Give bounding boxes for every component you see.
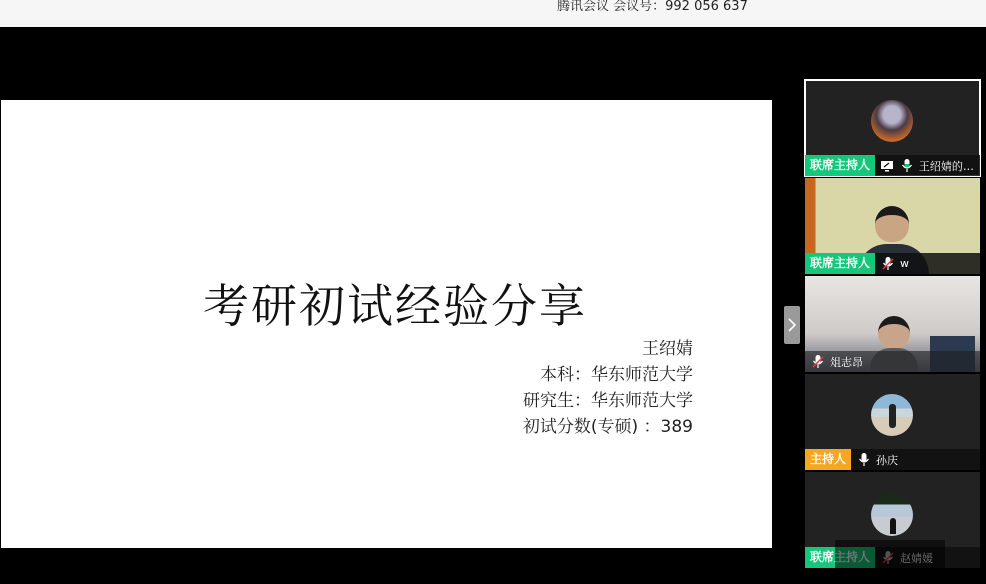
presenter-name: 王绍婧 (523, 336, 693, 362)
participant-name: w (900, 257, 909, 270)
avatar (871, 494, 913, 536)
slide-title: 考研初试经验分享 (203, 270, 587, 336)
participant-name: 俎志昂 (830, 354, 863, 370)
undergrad-line: 本科：华东师范大学 (523, 362, 693, 388)
collapse-panel-button[interactable] (784, 306, 800, 344)
screen-share-icon (880, 158, 895, 174)
role-badge: 联席主持人 (805, 155, 875, 176)
title-bar: 腾讯会议 会议号：992 056 637 (0, 0, 986, 27)
participant-tile[interactable]: 联席主持人 赵婧媛 (805, 472, 980, 568)
participant-name: 王绍婧的屏... (919, 158, 980, 174)
participant-tile[interactable]: 联席主持人 w (805, 178, 980, 274)
participant-tile[interactable]: 联席主持人 王绍婧的屏... (805, 80, 980, 176)
participant-tile[interactable]: 主持人 孙庆 (805, 374, 980, 470)
role-badge: 联席主持人 (805, 253, 875, 274)
participant-label: 主持人 孙庆 (805, 449, 980, 470)
shared-screen-slide: 考研初试经验分享 王绍婧 本科：华东师范大学 研究生：华东师范大学 初试分数(专… (1, 100, 772, 548)
grad-line: 研究生：华东师范大学 (523, 388, 693, 414)
participant-panel: 联席主持人 王绍婧的屏... 联席主持人 w (805, 80, 980, 584)
participant-label: 俎志昂 (805, 351, 980, 372)
mic-icon (856, 452, 872, 468)
slide-info: 王绍婧 本科：华东师范大学 研究生：华东师范大学 初试分数(专硕) ：389 (523, 336, 693, 440)
mic-muted-icon (810, 354, 826, 370)
participant-label: 联席主持人 王绍婧的屏... (805, 155, 980, 176)
participant-name: 孙庆 (876, 452, 898, 468)
avatar (871, 100, 913, 142)
mic-active-icon (900, 158, 915, 174)
participant-tile[interactable]: 俎志昂 (805, 276, 980, 372)
participant-label: 联席主持人 w (805, 253, 980, 274)
tooltip-overlay (835, 540, 945, 568)
role-badge: 主持人 (805, 449, 851, 470)
meeting-title: 腾讯会议 会议号：992 056 637 (557, 0, 748, 14)
mic-muted-icon (880, 256, 896, 272)
avatar (871, 394, 913, 436)
score-line: 初试分数(专硕) ：389 (523, 414, 693, 440)
chevron-right-icon (788, 318, 796, 332)
